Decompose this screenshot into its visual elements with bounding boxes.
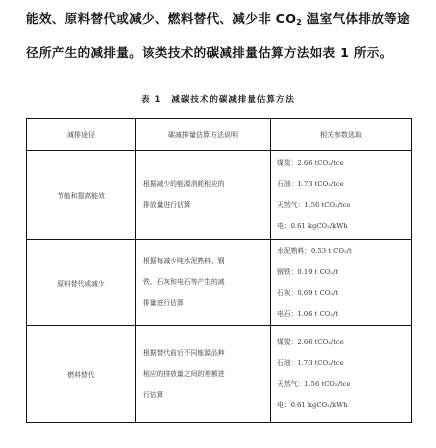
description-line: 铁、石灰和电石等产生的减 <box>143 272 266 293</box>
cell-description: 根据每减少吨水泥熟料、钢 铁、石灰和电石等产生的减 排量进行估算 <box>136 240 271 326</box>
param-line: 水泥熟料：0.53 t CO₂/t <box>277 241 411 262</box>
param-line: 石油：1.73 tCO₂/tce <box>277 174 411 195</box>
text-segment: 温室气体排放等途 <box>302 11 410 26</box>
cell-pathway: 节能和提高能效 <box>27 151 136 240</box>
cell-params: 煤炭：2.66 tCO₂/tce 石油：1.73 tCO₂/tce 天然气：1.… <box>271 326 412 423</box>
param-line: 电：0.61 kgCO₂/kWh <box>277 216 411 237</box>
estimation-table: 减排途径 碳减排量估算方法说明 相关参数选取 节能和提高能效 根据减少的能源消耗… <box>26 118 412 423</box>
description-line: 排放量进行估算 <box>143 195 266 216</box>
description-line: 排量进行估算 <box>143 293 266 314</box>
table-row: 原料替代或减少 根据每减少吨水泥熟料、钢 铁、石灰和电石等产生的减 排量进行估算… <box>27 240 412 326</box>
cell-params: 煤炭：2.66 tCO₂/tce 石油：1.73 tCO₂/tce 天然气：1.… <box>271 151 412 240</box>
param-line: 天然气：1.56 tCO₂/tce <box>277 374 411 395</box>
cell-description: 根据减少的能源消耗相应的 排放量进行估算 <box>136 151 271 240</box>
cell-pathway: 燃料替代 <box>27 326 136 423</box>
param-line: 煤炭：2.66 tCO₂/tce <box>277 332 411 353</box>
param-line: 石灰：0.69 t CO₂/t <box>277 283 411 304</box>
cell-description: 根据替代前后不同能源品种 相应的排放量之间的差额进 行估算 <box>136 326 271 423</box>
paragraph-line-2: 径所产生的减排量。该类技术的碳减排量估算方法如表 1 所示。 <box>26 42 426 61</box>
param-line: 钢铁：0.19 t CO₂/t <box>277 262 411 283</box>
table-row: 燃料替代 根据替代前后不同能源品种 相应的排放量之间的差额进 行估算 煤炭：2.… <box>27 326 412 423</box>
header-method: 碳减排量估算方法说明 <box>136 119 271 151</box>
param-line: 石油：1.73 tCO₂/tce <box>277 353 411 374</box>
text-segment: 能效、原料替代或减少、燃料替代、减少非 CO <box>26 11 296 26</box>
cell-params: 水泥熟料：0.53 t CO₂/t 钢铁：0.19 t CO₂/t 石灰：0.6… <box>271 240 412 326</box>
param-line: 电石：1.06 t CO₂/t <box>277 304 411 325</box>
param-line: 天然气：1.56 tCO₂/tce <box>277 195 411 216</box>
header-params: 相关参数选取 <box>271 119 412 151</box>
description-line: 行估算 <box>143 385 266 406</box>
caption-title: 减碳技术的碳减排量估算方法 <box>171 95 295 105</box>
description-line: 根据每减少吨水泥熟料、钢 <box>143 251 266 272</box>
table-row: 节能和提高能效 根据减少的能源消耗相应的 排放量进行估算 煤炭：2.66 tCO… <box>27 151 412 240</box>
header-pathway: 减排途径 <box>27 119 136 151</box>
description-line: 相应的排放量之间的差额进 <box>143 364 266 385</box>
description-line: 根据替代前后不同能源品种 <box>143 343 266 364</box>
caption-number: 表 1 <box>141 95 161 105</box>
description-line: 根据减少的能源消耗相应的 <box>143 174 266 195</box>
cell-pathway: 原料替代或减少 <box>27 240 136 326</box>
table-header-row: 减排途径 碳减排量估算方法说明 相关参数选取 <box>27 119 412 151</box>
table-caption: 表 1减碳技术的碳减排量估算方法 <box>0 93 436 105</box>
param-line: 电：0.61 kgCO₂/kWh <box>277 395 411 416</box>
paragraph-line-1: 能效、原料替代或减少、燃料替代、减少非 CO2 温室气体排放等途 <box>26 8 426 27</box>
param-line: 煤炭：2.66 tCO₂/tce <box>277 153 411 174</box>
